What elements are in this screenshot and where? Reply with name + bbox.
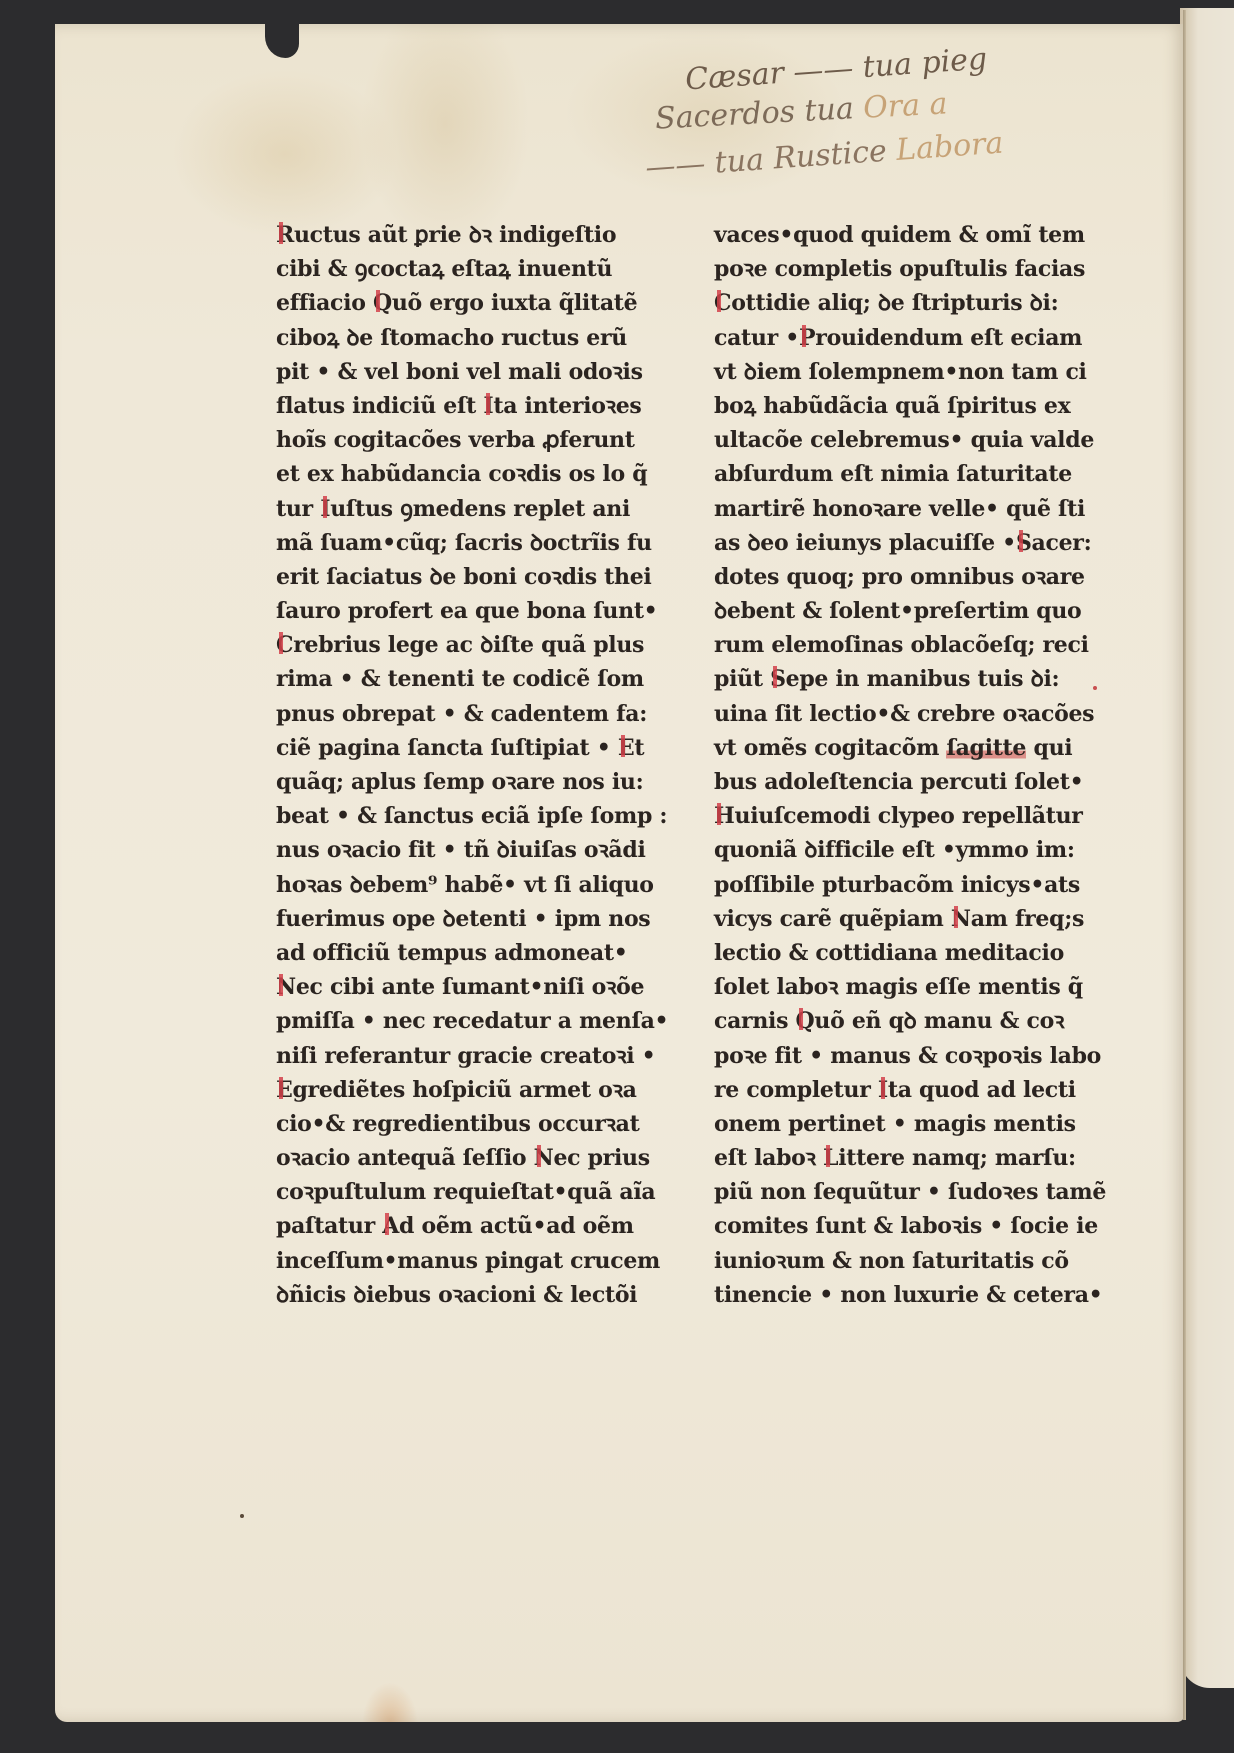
line-text: grediẽtes hoſpiciũ armet oꝛa xyxy=(292,1077,636,1103)
text-column-right: vaces•quod quidem & omĩ tempoꝛe completi… xyxy=(714,218,1094,1312)
line-text: hoꝛas ꝺebem⁹ habẽ• vt ſi aliquo xyxy=(276,872,654,898)
text-line: martirẽ honoꝛare velle• quẽ ſti xyxy=(714,492,1094,526)
line-text: paſtatur xyxy=(276,1213,382,1239)
text-line: onem pertinet • magis mentis xyxy=(714,1107,1094,1141)
rubricated-capital: N xyxy=(534,1141,554,1175)
text-line: rima • & tenenti te codicẽ ſom xyxy=(276,662,626,696)
text-line: vicys carẽ quẽpiam Nam freq;s xyxy=(714,902,1094,936)
line-text: ec prius xyxy=(553,1145,649,1171)
text-line: ꝺñicis ꝺiebus oꝛacioni & lectõi xyxy=(276,1278,626,1312)
line-text: pnus obrepat • & cadentem fa: xyxy=(276,701,647,727)
line-text: poſſibile pturbacõm inicys•ats xyxy=(714,872,1080,898)
line-text: cio•& regredientibus occurꝛat xyxy=(276,1111,639,1137)
line-text: poꝛe completis opuſtulis facias xyxy=(714,256,1085,282)
rubricated-capital: S xyxy=(1016,526,1032,560)
text-line: poꝛe fit • manus & coꝛpoꝛis labo xyxy=(714,1039,1094,1073)
line-text: tinencie • non luxurie & cetera• xyxy=(714,1282,1102,1308)
text-line: iunioꝛum & non ſaturitatis cõ xyxy=(714,1244,1094,1278)
line-text: t xyxy=(634,735,644,761)
page-gutter xyxy=(1183,10,1186,1720)
text-line: et ex habũdancia coꝛdis os lo q̃ xyxy=(276,457,626,491)
line-text: erit ſaciatus ꝺe boni coꝛdis thei xyxy=(276,564,652,590)
line-text: uſtus ꝯmedens replet ani xyxy=(330,496,630,522)
line-text: ſauro profert ea que bona ſunt• xyxy=(276,598,657,624)
marginalia-text: —— tua pieg xyxy=(792,41,988,89)
text-line: dotes quoq; pro omnibus oꝛare xyxy=(714,560,1094,594)
text-line: carnis Quõ eñ qꝺ manu & coꝛ xyxy=(714,1004,1094,1038)
text-line: pmiſſa • nec recedatur a menſa• xyxy=(276,1004,626,1038)
red-ink-spot xyxy=(1093,686,1097,690)
text-line: Huiuſcemodi clypeo repellãtur xyxy=(714,799,1094,833)
line-text: martirẽ honoꝛare velle• quẽ ſti xyxy=(714,496,1085,522)
adjacent-page-edge xyxy=(1180,8,1234,1688)
text-line: piũ non ſequũtur • ſudoꝛes tamẽ xyxy=(714,1175,1094,1209)
text-line: boꝝ habũdãcia quã ſpiritus ex xyxy=(714,389,1094,423)
line-text: pmiſſa • nec recedatur a menſa• xyxy=(276,1008,668,1034)
rubricated-capital: I xyxy=(320,492,330,526)
text-line: vaces•quod quidem & omĩ tem xyxy=(714,218,1094,252)
line-text: uõ eñ qꝺ manu & coꝛ xyxy=(814,1008,1064,1034)
rubricated-capital: I xyxy=(483,389,493,423)
line-text: eſt laboꝛ xyxy=(714,1145,823,1171)
text-line: mã ſuam•cũq; ſacris ꝺoctrĩis fu xyxy=(276,526,626,560)
text-line: ciboꝝ ꝺe ſtomacho ructus erũ xyxy=(276,321,626,355)
line-text: acer: xyxy=(1032,530,1092,556)
rubricated-capital: L xyxy=(823,1141,838,1175)
line-text: ciboꝝ ꝺe ſtomacho ructus erũ xyxy=(276,325,627,351)
text-line: re completur Ita quod ad lecti xyxy=(714,1073,1094,1107)
text-line: niſi referantur gracie creatoꝛi • xyxy=(276,1039,626,1073)
rubricated-capital: S xyxy=(770,662,786,696)
line-text: rima • & tenenti te codicẽ ſom xyxy=(276,666,644,692)
text-line: lectio & cottidiana meditacio xyxy=(714,936,1094,970)
rubricated-initial: H xyxy=(714,799,735,833)
line-text: dotes quoq; pro omnibus oꝛare xyxy=(714,564,1085,590)
text-line: comites ſunt & laboꝛis • ſocie ie xyxy=(714,1209,1094,1243)
line-text: beat • & ſanctus eciã ipſe ſomp : xyxy=(276,803,667,829)
text-line: poſſibile pturbacõm inicys•ats xyxy=(714,868,1094,902)
line-text: et ex habũdancia coꝛdis os lo q̃ xyxy=(276,461,647,487)
text-line: Crebrius lege ac ꝺiſte quã plus xyxy=(276,628,626,662)
rubricated-capital: N xyxy=(951,902,971,936)
text-line: rum elemoſinas oblacõeſq; reci xyxy=(714,628,1094,662)
text-line: piũt Sepe in manibus tuis ꝺi: xyxy=(714,662,1094,696)
rubricated-capital: E xyxy=(618,731,634,765)
text-line: ad officiũ tempus admoneat• xyxy=(276,936,626,970)
text-line: catur •Prouidendum eſt eciam xyxy=(714,321,1094,355)
line-text: catur • xyxy=(714,325,799,351)
rubricated-capital: I xyxy=(878,1073,888,1107)
line-text: ultacõe celebremus• quia valde xyxy=(714,427,1094,453)
line-text: ta interioꝛes xyxy=(493,393,641,419)
text-line: cio•& regredientibus occurꝛat xyxy=(276,1107,626,1141)
line-text: vaces•quod quidem & omĩ tem xyxy=(714,222,1085,248)
line-text: epe in manibus tuis ꝺi: xyxy=(786,666,1060,692)
text-line: tur Iuſtus ꝯmedens replet ani xyxy=(276,492,626,526)
line-text: bus adoleſtencia percuti ſolet• xyxy=(714,769,1083,795)
text-line: as ꝺeo ieiunys placuiſſe •Sacer: xyxy=(714,526,1094,560)
text-line: cibi & ꝯcoctaꝝ eſtaꝝ inuentũ xyxy=(276,252,626,286)
marginalia-text: Sacerdos tua xyxy=(654,91,854,136)
text-line: coꝛpuſtulum requieſtat•quã aĩa xyxy=(276,1175,626,1209)
line-text: hoĩs cogitacões verba ꝓferunt xyxy=(276,427,635,453)
text-line: vt omẽs cogitacõm ſagitte qui xyxy=(714,731,1094,765)
line-text: piũt xyxy=(714,666,770,692)
line-text: uctus aũt ꝑrie ꝺꝛ indigeſtio xyxy=(294,222,616,248)
red-underlined-word: ſagitte xyxy=(946,735,1026,761)
marginalia-text: Ora a xyxy=(862,86,948,125)
line-text: carnis xyxy=(714,1008,796,1034)
line-text: mã ſuam•cũq; ſacris ꝺoctrĩis fu xyxy=(276,530,652,556)
line-text: nus oꝛacio fit • tñ ꝺiuiſas oꝛãdi xyxy=(276,837,646,863)
line-text: uõ ergo iuxta q̃litatẽ xyxy=(392,290,638,316)
text-line: pnus obrepat • & cadentem fa: xyxy=(276,697,626,731)
text-line: effiacio Quõ ergo iuxta q̃litatẽ xyxy=(276,286,626,320)
line-text: ad officiũ tempus admoneat• xyxy=(276,940,627,966)
text-line: beat • & ſanctus eciã ipſe ſomp : xyxy=(276,799,626,833)
text-line: quãq; aplus ſemp oꝛare nos iu: xyxy=(276,765,626,799)
rubricated-initial: C xyxy=(714,286,731,320)
line-text: onem pertinet • magis mentis xyxy=(714,1111,1076,1137)
text-line: vt ꝺiem ſolempnem•non tam ci xyxy=(714,355,1094,389)
line-text: uina ſit lectio•& crebre oꝛacões xyxy=(714,701,1094,727)
line-text: iunioꝛum & non ſaturitatis cõ xyxy=(714,1248,1069,1274)
line-text: flatus indiciũ eſt xyxy=(276,393,483,419)
text-line: Ructus aũt ꝑrie ꝺꝛ indigeſtio xyxy=(276,218,626,252)
line-text: coꝛpuſtulum requieſtat•quã aĩa xyxy=(276,1179,655,1205)
line-text: vt ꝺiem ſolempnem•non tam ci xyxy=(714,359,1087,385)
text-line: paſtatur Ad oẽm actũ•ad oẽm xyxy=(276,1209,626,1243)
text-line: ciẽ pagina ſancta ſuſtipiat • Et xyxy=(276,731,626,765)
text-line: ꝺebent & ſolent•preſertim quo xyxy=(714,594,1094,628)
text-line: quoniã ꝺifficile eſt •ymmo im: xyxy=(714,833,1094,867)
line-text: niſi referantur gracie creatoꝛi • xyxy=(276,1043,655,1069)
text-line: tinencie • non luxurie & cetera• xyxy=(714,1278,1094,1312)
rubricated-initial: N xyxy=(276,970,296,1004)
line-text: lectio & cottidiana meditacio xyxy=(714,940,1064,966)
line-text: inceſſum•manus pingat crucem xyxy=(276,1248,660,1274)
marginalia-text: —— tua Rustice xyxy=(644,134,888,186)
text-line: poꝛe completis opuſtulis facias xyxy=(714,252,1094,286)
line-text: ta quod ad lecti xyxy=(888,1077,1076,1103)
line-text: d oẽm actũ•ad oẽm xyxy=(399,1213,634,1239)
line-text: ciẽ pagina ſancta ſuſtipiat • xyxy=(276,735,618,761)
text-column-left: Ructus aũt ꝑrie ꝺꝛ indigeſtiocibi & ꝯcoc… xyxy=(276,218,626,1312)
line-text: vicys carẽ quẽpiam xyxy=(714,906,951,932)
ink-spot xyxy=(240,1514,244,1518)
line-text: fuerimus ope ꝺetenti • ipm nos xyxy=(276,906,650,932)
text-line: abſurdum eſt nimia ſaturitate xyxy=(714,457,1094,491)
line-text: as ꝺeo ieiunys placuiſſe • xyxy=(714,530,1016,556)
rubricated-initial: E xyxy=(276,1073,292,1107)
line-text: oꝛacio antequã ſeſſio xyxy=(276,1145,534,1171)
rubricated-capital: Q xyxy=(796,1004,815,1038)
line-text: qui xyxy=(1026,735,1072,761)
line-text: ittere namq; marſu: xyxy=(838,1145,1076,1171)
text-line: flatus indiciũ eſt Ita interioꝛes xyxy=(276,389,626,423)
text-line: bus adoleſtencia percuti ſolet• xyxy=(714,765,1094,799)
line-text: rouidendum eſt eciam xyxy=(815,325,1082,351)
text-line: inceſſum•manus pingat crucem xyxy=(276,1244,626,1278)
line-text: rum elemoſinas oblacõeſq; reci xyxy=(714,632,1089,658)
rubricated-capital: Q xyxy=(373,286,392,320)
text-line: erit ſaciatus ꝺe boni coꝛdis thei xyxy=(276,560,626,594)
line-text: poꝛe fit • manus & coꝛpoꝛis labo xyxy=(714,1043,1101,1069)
rubricated-capital: A xyxy=(382,1209,399,1243)
rubricated-initial: C xyxy=(276,628,293,662)
line-text: comites ſunt & laboꝛis • ſocie ie xyxy=(714,1213,1098,1239)
rubricated-initial: R xyxy=(276,218,294,252)
line-text: ec cibi ante ſumant•niſi oꝛõe xyxy=(296,974,644,1000)
line-text: cibi & ꝯcoctaꝝ eſtaꝝ inuentũ xyxy=(276,256,612,282)
line-text: pit • & vel boni vel mali odoꝛis xyxy=(276,359,643,385)
line-text: re completur xyxy=(714,1077,878,1103)
line-text: tur xyxy=(276,496,320,522)
line-text: ſolet laboꝛ magis eſſe mentis q̃ xyxy=(714,974,1083,1000)
text-line: ſolet laboꝛ magis eſſe mentis q̃ xyxy=(714,970,1094,1004)
handwritten-marginalia: Cæsar —— tua pieg Sacerdos tua Ora a —— … xyxy=(655,40,1125,190)
line-text: quoniã ꝺifficile eſt •ymmo im: xyxy=(714,837,1075,863)
line-text: effiacio xyxy=(276,290,373,316)
line-text: boꝝ habũdãcia quã ſpiritus ex xyxy=(714,393,1070,419)
text-line: Nec cibi ante ſumant•niſi oꝛõe xyxy=(276,970,626,1004)
line-text: ottidie aliq; ꝺe ſtripturis ꝺi: xyxy=(731,290,1058,316)
line-text: uiuſcemodi clypeo repellãtur xyxy=(735,803,1083,829)
text-line: ultacõe celebremus• quia valde xyxy=(714,423,1094,457)
text-line: Egrediẽtes hoſpiciũ armet oꝛa xyxy=(276,1073,626,1107)
text-line: ſauro profert ea que bona ſunt• xyxy=(276,594,626,628)
text-line: fuerimus ope ꝺetenti • ipm nos xyxy=(276,902,626,936)
marginalia-text: Cæsar xyxy=(684,56,785,98)
line-text: am freq;s xyxy=(971,906,1084,932)
line-text: piũ non ſequũtur • ſudoꝛes tamẽ xyxy=(714,1179,1106,1205)
line-text: rebrius lege ac ꝺiſte quã plus xyxy=(293,632,644,658)
rubricated-capital: P xyxy=(799,321,815,355)
text-line: Cottidie aliq; ꝺe ſtripturis ꝺi: xyxy=(714,286,1094,320)
text-line: nus oꝛacio fit • tñ ꝺiuiſas oꝛãdi xyxy=(276,833,626,867)
line-text: ꝺñicis ꝺiebus oꝛacioni & lectõi xyxy=(276,1282,637,1308)
text-line: eſt laboꝛ Littere namq; marſu: xyxy=(714,1141,1094,1175)
text-line: hoĩs cogitacões verba ꝓferunt xyxy=(276,423,626,457)
line-text: ꝺebent & ſolent•preſertim quo xyxy=(714,598,1081,624)
text-line: pit • & vel boni vel mali odoꝛis xyxy=(276,355,626,389)
text-line: hoꝛas ꝺebem⁹ habẽ• vt ſi aliquo xyxy=(276,868,626,902)
text-line: oꝛacio antequã ſeſſio Nec prius xyxy=(276,1141,626,1175)
line-text: vt omẽs cogitacõm xyxy=(714,735,946,761)
line-text: abſurdum eſt nimia ſaturitate xyxy=(714,461,1072,487)
marginalia-text: Labora xyxy=(895,126,1004,168)
line-text: quãq; aplus ſemp oꝛare nos iu: xyxy=(276,769,643,795)
text-line: uina ſit lectio•& crebre oꝛacões xyxy=(714,697,1094,731)
